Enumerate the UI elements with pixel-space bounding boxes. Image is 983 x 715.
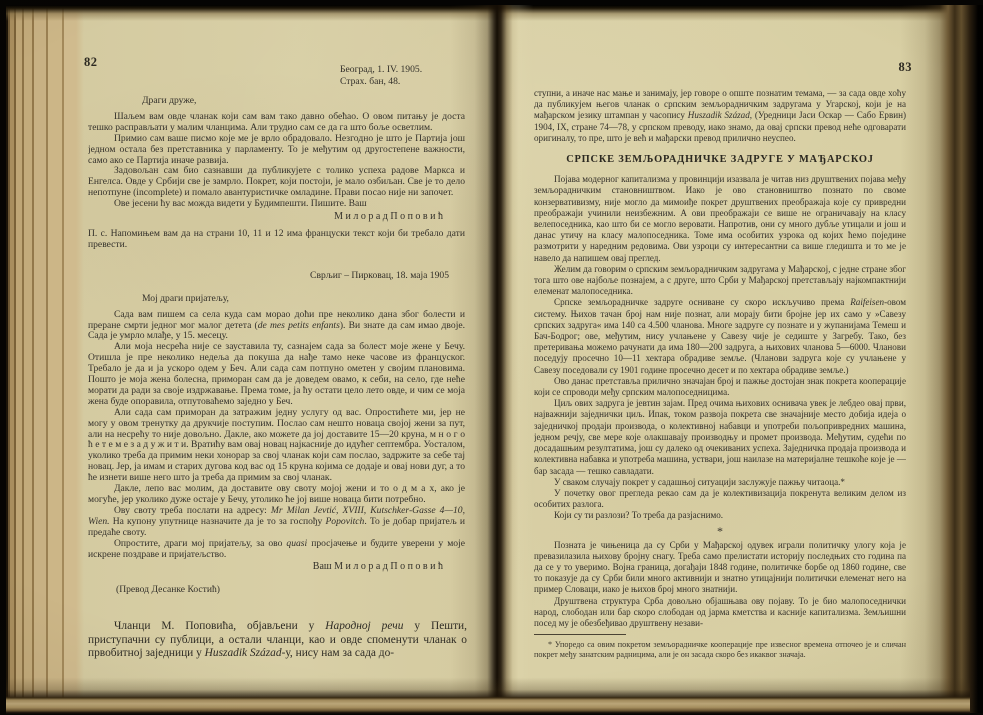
letter2-paragraph: Али моја несрећа није се зауставила ту, … bbox=[88, 342, 465, 407]
right-page-number: 83 bbox=[860, 60, 912, 75]
letter1-dateline: Београд, 1. IV. 1905. Страх. бан, 48. bbox=[340, 64, 465, 87]
section-paragraph: Желим да говорим о српским земљораднички… bbox=[534, 264, 906, 298]
letter1-paragraph: Шаљем вам овде чланак који сам вам тако … bbox=[88, 112, 465, 134]
letter1-salutation: Драги друже, bbox=[142, 96, 465, 107]
letter1-signature: М и л о р а д П о п о в и ћ bbox=[88, 212, 465, 223]
section-paragraph: Који су ти разлози? То треба да разјасни… bbox=[534, 510, 906, 521]
letter1-paragraph: Ове јесени ћу вас можда видети у Будимпе… bbox=[88, 199, 465, 210]
footnote-rule bbox=[534, 634, 626, 635]
section-paragraph: Српске земљорадничке задруге осниване су… bbox=[534, 297, 906, 375]
section-paragraph: Друштвена структура Срба довољно објашња… bbox=[534, 596, 906, 630]
letter2-paragraph: Али сада сам приморан да затражим једну … bbox=[88, 408, 465, 484]
open-book-scan: 82 Београд, 1. IV. 1905. Страх. бан, 48.… bbox=[0, 0, 983, 715]
letter2-paragraph: Опростите, драги мој пријатељу, за ово q… bbox=[88, 539, 465, 561]
section-heading: СРПСКЕ ЗЕМЉОРАДНИЧКЕ ЗАДРУГЕ У МАЂАРСКОЈ bbox=[534, 154, 906, 165]
section-paragraph: У сваком случају покрет у садашњој ситуа… bbox=[534, 477, 906, 488]
footnote-block: * Упоредо са овим покретом земљорадничке… bbox=[534, 634, 906, 660]
section-paragraph: Циљ ових задруга је јевтин зајам. Пред о… bbox=[534, 398, 906, 476]
section-paragraph: Ово данас претставља прилично значајан б… bbox=[534, 376, 906, 398]
asterisk-separator: * bbox=[534, 525, 906, 537]
editor-note: Чланци М. Поповића, објављени у Народној… bbox=[88, 620, 467, 661]
section-paragraph: У почетку овог прегледа рекао сам да је … bbox=[534, 488, 906, 510]
translator-note: (Превод Десанке Костић) bbox=[116, 585, 465, 596]
left-page-text: Београд, 1. IV. 1905. Страх. бан, 48. Др… bbox=[88, 50, 465, 615]
letter2-paragraph: Сада вам пишем са села куда сам морао до… bbox=[88, 310, 465, 343]
letter2-paragraph: Дакле, лепо вас молим, да доставите ову … bbox=[88, 484, 465, 506]
letter2-salutation: Мој драги пријатељу, bbox=[142, 294, 465, 305]
letter2-paragraph: Ову своту треба послати на адресу: Mr Mi… bbox=[88, 506, 465, 539]
section-paragraph: Позната је чињеница да су Срби у Мађарск… bbox=[534, 540, 906, 596]
letter1-paragraph: Примио сам ваше писмо које ме је врло об… bbox=[88, 134, 465, 167]
footnote-text: * Упоредо са овим покретом земљорадничке… bbox=[534, 640, 906, 660]
letter1-paragraph: Задовољан сам био сазнавши да публикујет… bbox=[88, 166, 465, 199]
letter1-postscript: П. с. Напомињем вам да на страни 10, 11 … bbox=[88, 229, 465, 251]
right-page-text: ступни, а иначе нас мање и занимају, јер… bbox=[534, 88, 906, 630]
letter2-dateline: Сврљиг – Пирковац, 18. маја 1905 bbox=[88, 271, 465, 282]
letter1-dateline-address: Страх. бан, 48. bbox=[340, 76, 465, 88]
section-paragraph: Појава модерног капитализма у провинцији… bbox=[534, 174, 906, 264]
letter2-signature: Ваш М и л о р а д П о п о в и ћ bbox=[88, 562, 465, 573]
continuation-paragraph: ступни, а иначе нас мање и занимају, јер… bbox=[534, 88, 906, 144]
letter1-dateline-place: Београд, 1. IV. 1905. bbox=[340, 64, 465, 76]
